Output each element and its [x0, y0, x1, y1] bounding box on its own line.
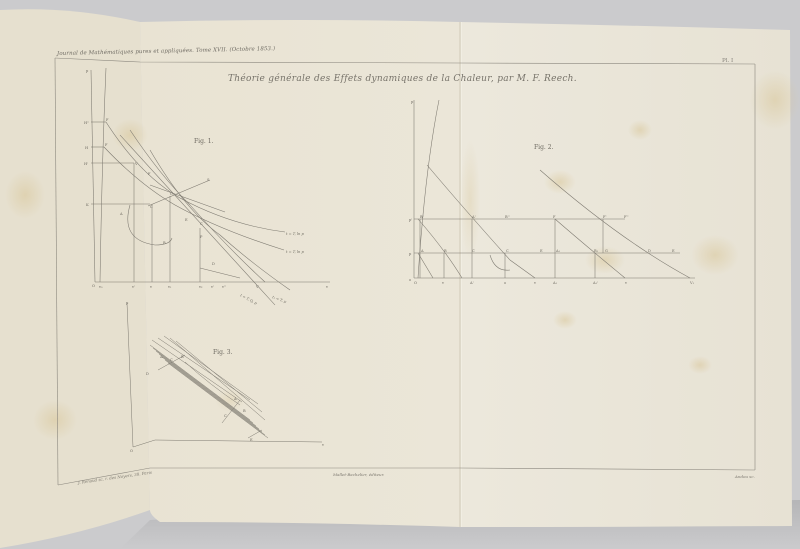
svg-text:A': A' [469, 281, 474, 285]
svg-text:B: B [181, 355, 184, 359]
svg-text:V₁: V₁ [689, 281, 695, 285]
svg-text:F'': F'' [624, 215, 628, 219]
svg-text:H: H [85, 146, 88, 150]
svg-text:v₀: v₀ [98, 285, 103, 289]
svg-text:A₁: A₁ [552, 281, 558, 285]
svg-text:A: A [233, 397, 237, 401]
svg-text:C: C [170, 192, 173, 196]
svg-text:A₁': A₁' [592, 281, 598, 285]
imprint-engraver-right: Andou sc. [735, 474, 755, 479]
svg-text:E: E [185, 218, 188, 222]
svg-text:O: O [130, 449, 133, 453]
svg-text:E: E [540, 249, 543, 253]
svg-text:O: O [92, 284, 95, 288]
svg-text:B: B [243, 409, 246, 413]
svg-text:C: C [224, 414, 227, 418]
svg-text:O: O [414, 281, 417, 285]
svg-text:B: B [163, 241, 166, 245]
svg-text:v'': v'' [221, 285, 226, 289]
svg-text:v': v' [131, 285, 135, 289]
svg-text:B: B [444, 249, 447, 253]
svg-text:C: C [170, 358, 173, 362]
svg-text:v₂: v₂ [198, 285, 203, 289]
svg-text:H'': H'' [84, 121, 89, 125]
svg-text:K: K [86, 203, 89, 207]
fig1-label: Fig. 1. [194, 138, 213, 145]
plate-title: Théorie générale des Effets dynamiques d… [228, 74, 577, 84]
svg-text:B': B' [420, 215, 424, 219]
svg-text:E: E [250, 438, 253, 442]
fig3-label: Fig. 3. [213, 349, 232, 356]
svg-text:D: D [212, 262, 215, 266]
svg-text:o: o [504, 281, 506, 285]
svg-text:D: D [648, 249, 651, 253]
svg-text:G: G [605, 249, 608, 253]
fig2-label: Fig. 2. [534, 144, 553, 151]
svg-text:v': v' [210, 285, 214, 289]
svg-text:A: A [420, 249, 424, 253]
svg-text:A₁: A₁ [555, 249, 561, 253]
svg-text:C: C [472, 249, 475, 253]
svg-text:t = T, ln p: t = T, ln p [286, 250, 304, 254]
svg-text:A: A [119, 212, 123, 216]
svg-text:V: V [255, 285, 259, 289]
svg-text:D: D [146, 372, 149, 376]
svg-text:A': A' [471, 215, 476, 219]
svg-text:B'': B'' [505, 215, 510, 219]
svg-text:p': p' [409, 218, 412, 222]
svg-text:C: C [200, 222, 203, 226]
svg-text:B₁: B₁ [594, 249, 599, 253]
svg-text:E: E [672, 249, 675, 253]
svg-text:v₁: v₁ [167, 285, 172, 289]
imprint-publisher: Mallet-Bachelier, éditeur. [333, 472, 384, 477]
svg-text:C: C [150, 205, 153, 209]
svg-text:o: o [409, 278, 411, 282]
svg-text:t = T, ln p: t = T, ln p [286, 232, 304, 236]
svg-text:C: C [506, 249, 509, 253]
plate-number: Pl. I [722, 58, 733, 64]
svg-text:A: A [159, 355, 163, 359]
svg-text:F': F' [603, 215, 606, 219]
svg-text:H': H' [84, 162, 88, 166]
photo-scene: p H'' H H' K O F F V C C C F S A B E D P… [0, 0, 800, 549]
svg-text:V: V [134, 162, 138, 166]
